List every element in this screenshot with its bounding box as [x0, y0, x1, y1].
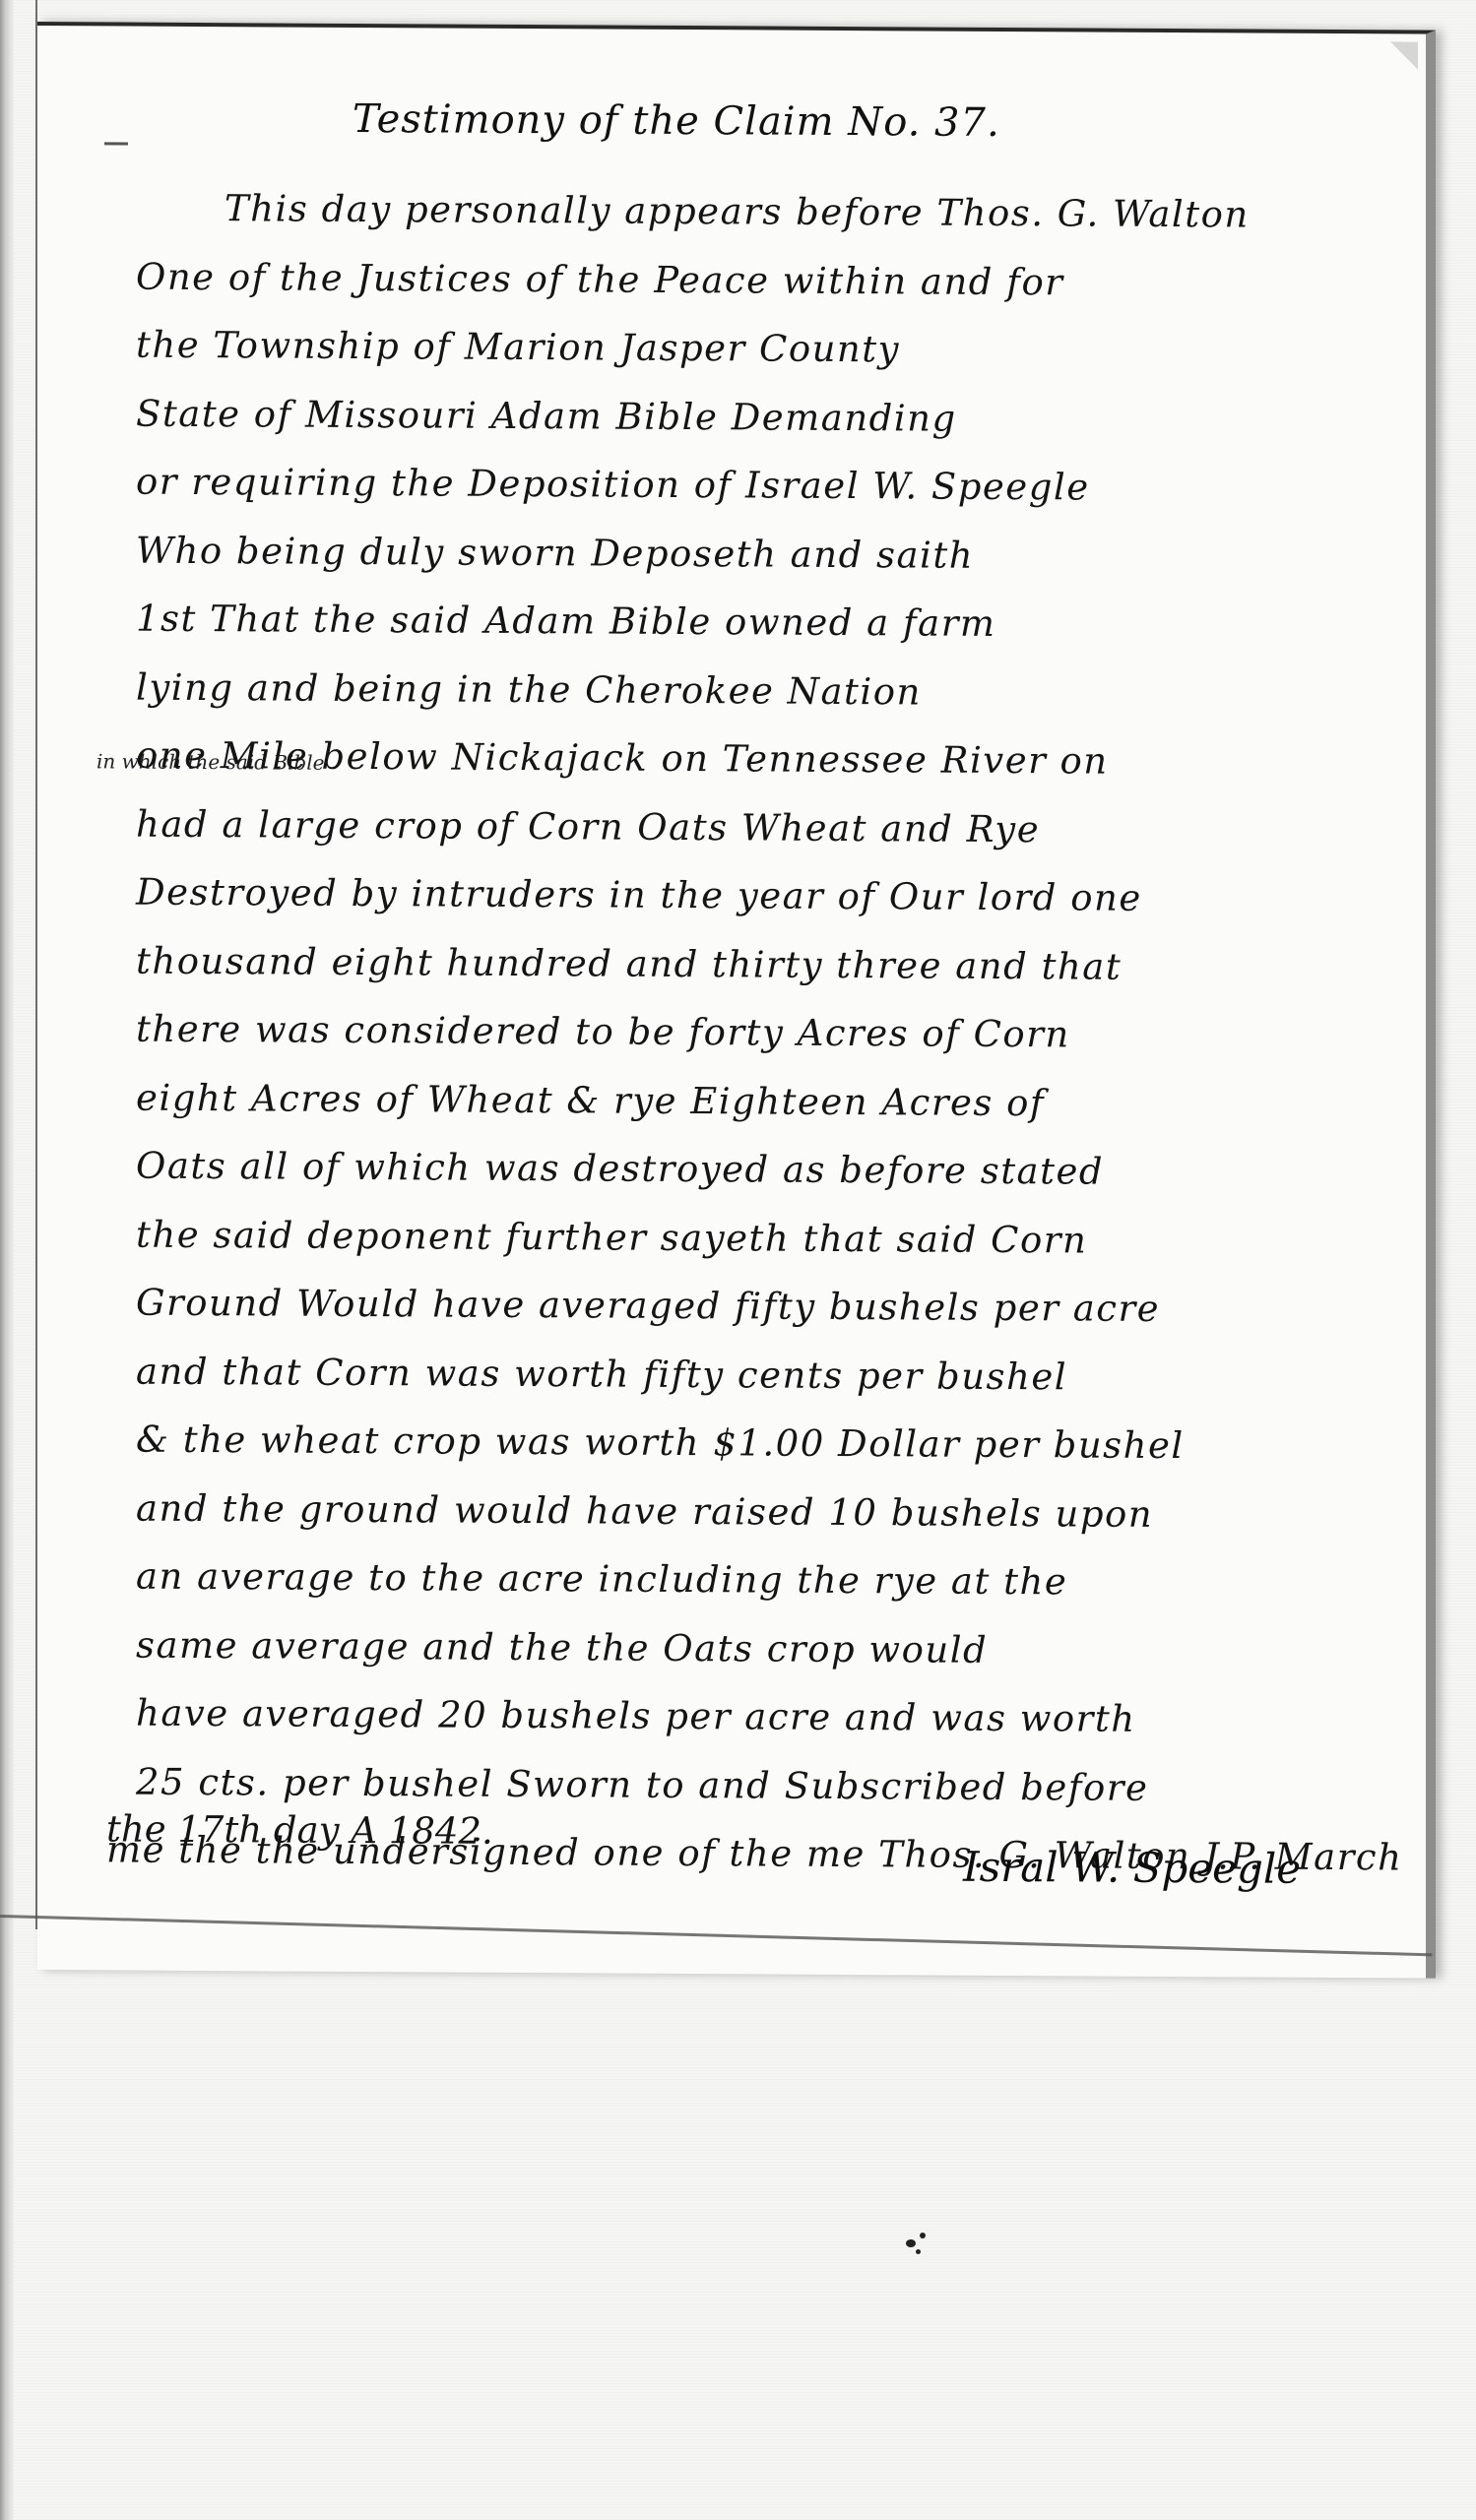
text-line: 1st That the said Adam Bible owned a far…	[136, 585, 1436, 661]
text-line: Ground Would have averaged fifty bushels…	[136, 1269, 1436, 1346]
date-line: the 17th day A 1842.	[106, 1807, 493, 1852]
folded-corner	[1390, 41, 1418, 69]
text-line: eight Acres of Wheat & rye Eighteen Acre…	[136, 1063, 1436, 1140]
text-line: lying and being in the Cherokee Nation	[136, 653, 1436, 729]
text-line: Oats all of which was destroyed as befor…	[136, 1132, 1436, 1209]
document-title: Testimony of the Claim No. 37.	[353, 96, 1000, 146]
manuscript-sheet: Testimony of the Claim No. 37. in which …	[37, 22, 1436, 1979]
ink-spot	[906, 2239, 916, 2247]
text-line: & the wheat crop was worth $1.00 Dollar …	[136, 1406, 1436, 1482]
text-line: or requiring the Deposition of Israel W.…	[136, 448, 1436, 525]
text-line: an average to the acre including the rye…	[136, 1543, 1436, 1619]
ink-spot	[916, 2249, 921, 2254]
text-line: and the ground would have raised 10 bush…	[136, 1474, 1436, 1550]
margin-mark	[104, 142, 128, 145]
text-line: State of Missouri Adam Bible Demanding	[136, 379, 1436, 456]
text-line: had a large crop of Corn Oats Wheat and …	[136, 789, 1436, 866]
scan-left-edge	[0, 0, 14, 2520]
text-line: there was considered to be forty Acres o…	[136, 995, 1436, 1072]
text-line: thousand eight hundred and thirty three …	[136, 926, 1436, 1003]
text-line: one Mile below Nickajack on Tennessee Ri…	[136, 722, 1436, 798]
text-line: This day personally appears before Thos.…	[136, 174, 1436, 251]
testimony-body: This day personally appears before Thos.…	[136, 174, 1436, 1893]
text-line: Destroyed by intruders in the year of Ou…	[136, 858, 1436, 935]
text-line: One of the Justices of the Peace within …	[136, 242, 1436, 319]
text-line: have averaged 20 bushels per acre and wa…	[136, 1679, 1436, 1756]
text-line: the said deponent further sayeth that sa…	[136, 1200, 1436, 1277]
text-line: same average and the the Oats crop would	[136, 1610, 1436, 1687]
deponent-signature: Isral W. Speegle	[963, 1843, 1301, 1893]
ink-spot	[920, 2233, 926, 2238]
text-line: and that Corn was worth fifty cents per …	[136, 1337, 1436, 1414]
text-line: Who being duly sworn Deposeth and saith	[136, 516, 1436, 593]
text-line: the Township of Marion Jasper County	[136, 311, 1436, 388]
